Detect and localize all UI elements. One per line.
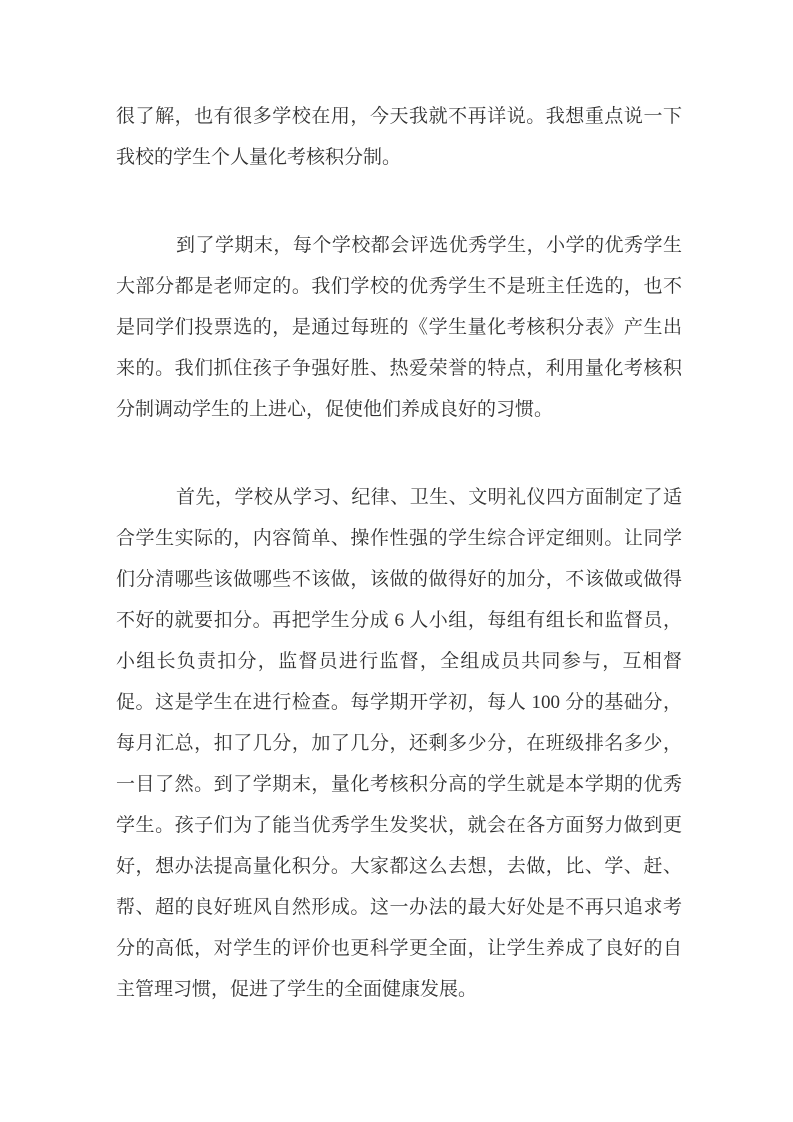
paragraph-3: 首先，学校从学习、纪律、卫生、文明礼仪四方面制定了适合学生实际的，内容简单、操作… bbox=[116, 477, 682, 1010]
paragraph-2: 到了学期末，每个学校都会评选优秀学生，小学的优秀学生大部分都是老师定的。我们学校… bbox=[116, 225, 682, 430]
document-page: 很了解，也有很多学校在用，今天我就不再详说。我想重点说一下我校的学生个人量化考核… bbox=[0, 0, 793, 1122]
paragraph-1: 很了解，也有很多学校在用，今天我就不再详说。我想重点说一下我校的学生个人量化考核… bbox=[116, 96, 682, 178]
